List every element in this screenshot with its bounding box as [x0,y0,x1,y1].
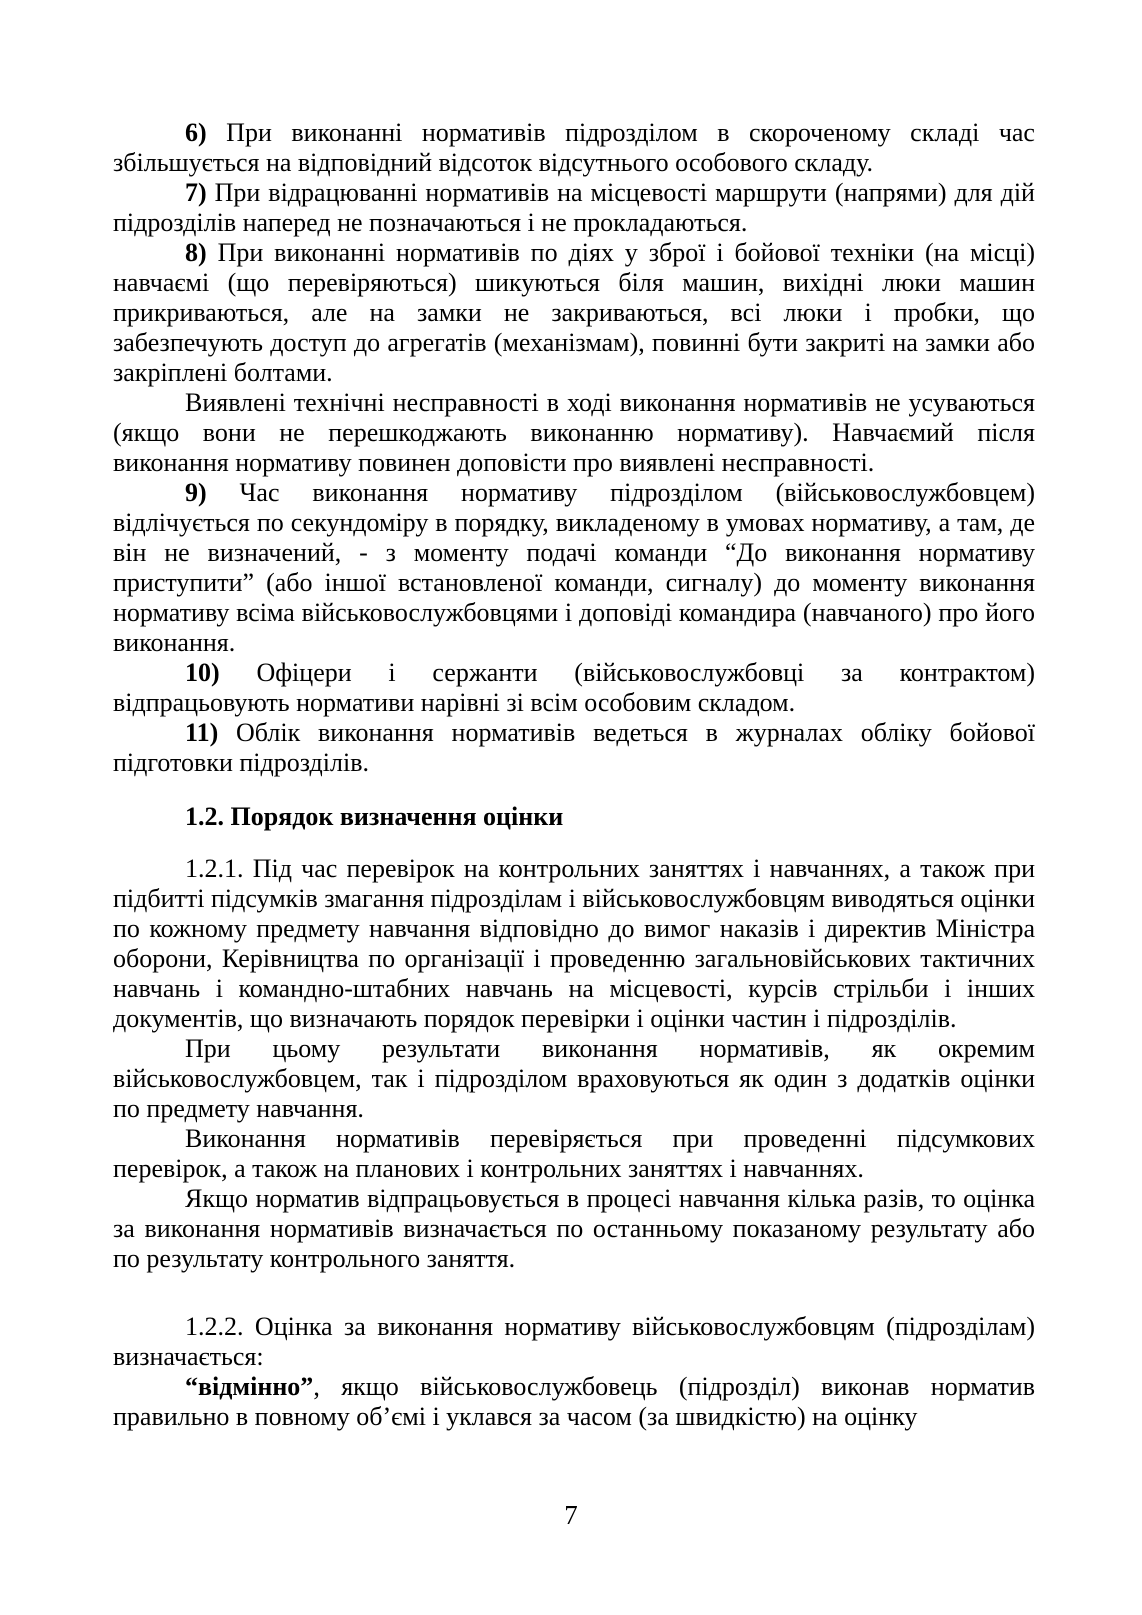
text-run: Час виконання нормативу підрозділом (вій… [113,478,1035,657]
paragraph: 9) Час виконання нормативу підрозділом (… [113,478,1035,658]
text-run: 1.2.1. Під час перевірок на контрольних … [113,854,1035,1033]
paragraph: При цьому результати виконання нормативі… [113,1034,1035,1124]
paragraph: 1.2.1. Під час перевірок на контрольних … [113,854,1035,1034]
text-run-bold: 7) [185,178,215,207]
text-run-bold: 6) [185,118,226,147]
paragraph: “відмінно”, якщо військовослужбовець (пі… [113,1372,1035,1432]
text-run: При виконанні нормативів підрозділом в с… [113,118,1035,177]
text-run: Виявлені технічні несправності в ході ви… [113,388,1035,477]
paragraph: 8) При виконанні нормативів по діях у зб… [113,238,1035,388]
section-heading: 1.2. Порядок визначення оцінки [113,802,1035,832]
text-run: Якщо норматив відпрацьовується в процесі… [113,1184,1035,1273]
text-run: 1.2.2. Оцінка за виконання нормативу вій… [113,1312,1035,1371]
paragraph: 11) Облік виконання нормативів ведеться … [113,718,1035,778]
text-run: При виконанні нормативів по діях у зброї… [113,238,1035,387]
paragraph: 10) Офіцери і сержанти (військовослужбов… [113,658,1035,718]
text-run: Виконання нормативів перевіряється при п… [113,1124,1035,1183]
text-run-bold: 1.2. Порядок визначення оцінки [185,802,563,831]
text-run-bold: 8) [185,238,218,267]
paragraph: 1.2.2. Оцінка за виконання нормативу вій… [113,1312,1035,1372]
text-run-bold: “відмінно” [185,1372,313,1401]
text-run: При відрацюванні нормативів на місцевост… [113,178,1035,237]
document-body: 6) При виконанні нормативів підрозділом … [113,118,1035,1432]
text-run-bold: 9) [185,478,240,507]
text-run: При цьому результати виконання нормативі… [113,1034,1035,1123]
paragraph: Якщо норматив відпрацьовується в процесі… [113,1184,1035,1274]
text-run-bold: 10) [185,658,256,687]
text-run: Облік виконання нормативів ведеться в жу… [113,718,1035,777]
document-page: 6) При виконанні нормативів підрозділом … [0,0,1142,1615]
text-run-bold: 11) [185,718,236,747]
paragraph: Виявлені технічні несправності в ході ви… [113,388,1035,478]
paragraph: 6) При виконанні нормативів підрозділом … [113,118,1035,178]
paragraph: 7) При відрацюванні нормативів на місцев… [113,178,1035,238]
paragraph: Виконання нормативів перевіряється при п… [113,1124,1035,1184]
page-number: 7 [0,1500,1142,1531]
